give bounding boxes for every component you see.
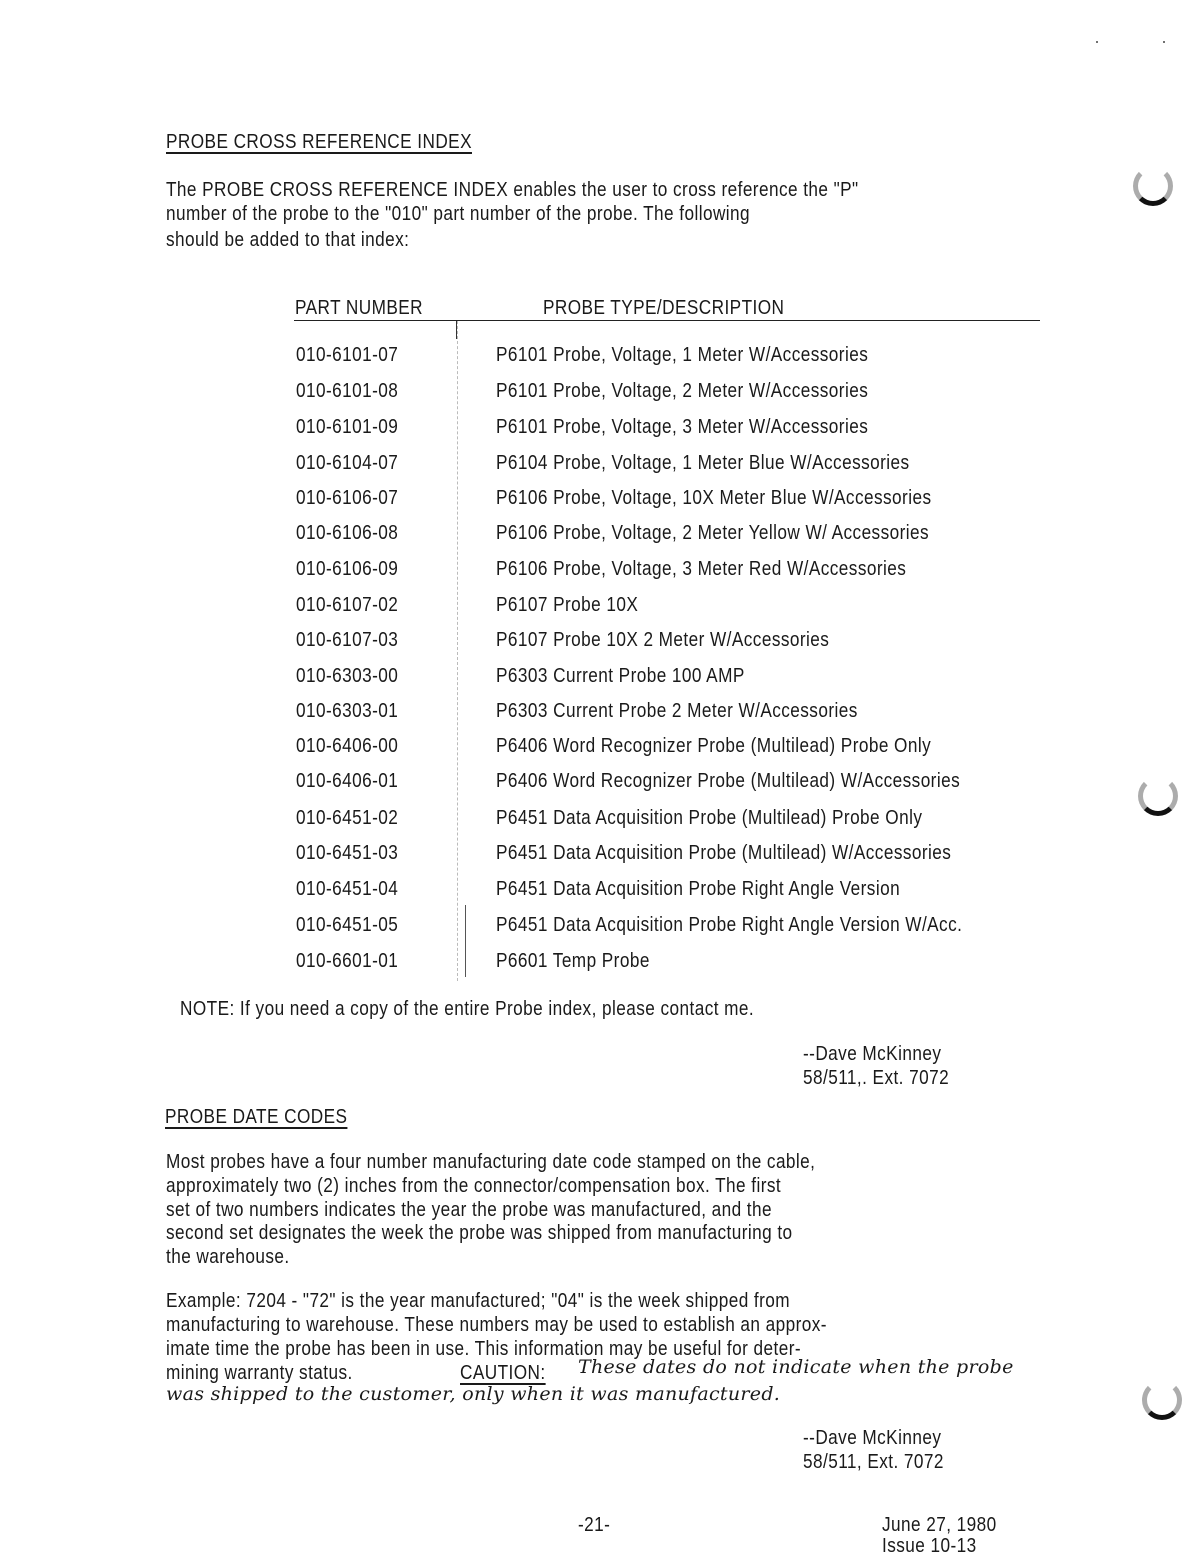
paragraph-line: should be added to that index: xyxy=(166,229,409,252)
signature-location: 58/511,. Ext. 7072 xyxy=(803,1067,949,1090)
section-title-probe-date-codes: PROBE DATE CODES xyxy=(165,1106,347,1129)
table-row: 010-6101-07 P6101 Probe, Voltage, 1 Mete… xyxy=(0,344,1202,380)
section-title-probe-cross-reference: PROBE CROSS REFERENCE INDEX xyxy=(166,131,472,154)
document-page: PROBE CROSS REFERENCE INDEX The PROBE CR… xyxy=(0,0,1202,1566)
table-row: 010-6601-01 P6601 Temp Probe xyxy=(0,950,1202,986)
caution-text: These dates do not indicate when the pro… xyxy=(578,1356,1014,1378)
description-cell: P6104 Probe, Voltage, 1 Meter Blue W/Acc… xyxy=(496,452,910,475)
description-cell: P6101 Probe, Voltage, 1 Meter W/Accessor… xyxy=(496,344,868,367)
part-number-cell: 010-6101-07 xyxy=(296,344,398,367)
table-row: 010-6104-07 P6104 Probe, Voltage, 1 Mete… xyxy=(0,452,1202,488)
table-row: 010-6451-05 P6451 Data Acquisition Probe… xyxy=(0,914,1202,950)
paragraph-line: Most probes have a four number manufactu… xyxy=(166,1151,815,1174)
part-number-cell: 010-6451-02 xyxy=(296,807,398,830)
paragraph-line: number of the probe to the "010" part nu… xyxy=(166,203,750,226)
description-cell: P6303 Current Probe 100 AMP xyxy=(496,665,745,688)
description-cell: P6107 Probe 10X 2 Meter W/Accessories xyxy=(496,629,829,652)
paragraph-line: manufacturing to warehouse. These number… xyxy=(166,1314,827,1337)
part-number-cell: 010-6406-00 xyxy=(296,735,398,758)
part-number-cell: 010-6101-09 xyxy=(296,416,398,439)
part-number-cell: 010-6451-04 xyxy=(296,878,398,901)
paragraph-line: set of two numbers indicates the year th… xyxy=(166,1199,772,1222)
part-number-cell: 010-6106-09 xyxy=(296,558,398,581)
part-number-cell: 010-6303-01 xyxy=(296,700,398,723)
description-cell: P6303 Current Probe 2 Meter W/Accessorie… xyxy=(496,700,858,723)
paragraph-line: The PROBE CROSS REFERENCE INDEX enables … xyxy=(166,179,859,202)
description-cell: P6106 Probe, Voltage, 3 Meter Red W/Acce… xyxy=(496,558,906,581)
part-number-cell: 010-6101-08 xyxy=(296,380,398,403)
table-row: 010-6451-04 P6451 Data Acquisition Probe… xyxy=(0,878,1202,914)
part-number-cell: 010-6107-02 xyxy=(296,594,398,617)
issue-date: June 27, 1980 xyxy=(882,1514,997,1537)
table-row: 010-6106-09 P6106 Probe, Voltage, 3 Mete… xyxy=(0,558,1202,594)
table-row: 010-6101-08 P6101 Probe, Voltage, 2 Mete… xyxy=(0,380,1202,416)
part-number-cell: 010-6451-03 xyxy=(296,842,398,865)
column-header-description: PROBE TYPE/DESCRIPTION xyxy=(543,297,784,320)
description-cell: P6406 Word Recognizer Probe (Multilead) … xyxy=(496,770,960,793)
scan-speck xyxy=(1163,41,1165,43)
header-divider xyxy=(294,320,1040,321)
note-text: NOTE: If you need a copy of the entire P… xyxy=(180,998,754,1021)
page-number: -21- xyxy=(578,1514,610,1537)
part-number-cell: 010-6104-07 xyxy=(296,452,398,475)
part-number-cell: 010-6406-01 xyxy=(296,770,398,793)
description-cell: P6101 Probe, Voltage, 2 Meter W/Accessor… xyxy=(496,380,868,403)
caution-label: CAUTION: xyxy=(460,1362,546,1385)
table-row: 010-6451-03 P6451 Data Acquisition Probe… xyxy=(0,842,1202,878)
column-header-part-number: PART NUMBER xyxy=(295,297,423,320)
part-number-cell: 010-6106-07 xyxy=(296,487,398,510)
table-row: 010-6101-09 P6101 Probe, Voltage, 3 Mete… xyxy=(0,416,1202,452)
binder-hole-icon xyxy=(1142,1380,1182,1420)
description-cell: P6106 Probe, Voltage, 2 Meter Yellow W/ … xyxy=(496,522,929,545)
paragraph-line: approximately two (2) inches from the co… xyxy=(166,1175,781,1198)
table-row: 010-6107-02 P6107 Probe 10X xyxy=(0,594,1202,630)
signature-location: 58/511, Ext. 7072 xyxy=(803,1451,944,1474)
binder-hole-icon xyxy=(1133,166,1173,206)
description-cell: P6451 Data Acquisition Probe Right Angle… xyxy=(496,878,900,901)
description-cell: P6101 Probe, Voltage, 3 Meter W/Accessor… xyxy=(496,416,868,439)
description-cell: P6451 Data Acquisition Probe (Multilead)… xyxy=(496,807,922,830)
part-number-cell: 010-6451-05 xyxy=(296,914,398,937)
paragraph-line: mining warranty status. xyxy=(166,1362,353,1385)
scan-speck xyxy=(1096,41,1098,43)
table-row: 010-6106-07 P6106 Probe, Voltage, 10X Me… xyxy=(0,487,1202,523)
table-row: 010-6107-03 P6107 Probe 10X 2 Meter W/Ac… xyxy=(0,629,1202,665)
paragraph-line: the warehouse. xyxy=(166,1246,290,1269)
part-number-cell: 010-6303-00 xyxy=(296,665,398,688)
table-row: 010-6406-01 P6406 Word Recognizer Probe … xyxy=(0,770,1202,806)
table-row: 010-6406-00 P6406 Word Recognizer Probe … xyxy=(0,735,1202,771)
issue-number: Issue 10-13 xyxy=(882,1535,977,1558)
part-number-cell: 010-6106-08 xyxy=(296,522,398,545)
caution-text: was shipped to the customer, only when i… xyxy=(166,1383,780,1405)
paragraph-line: second set designates the week the probe… xyxy=(166,1222,793,1245)
column-divider-tick xyxy=(456,321,457,339)
part-number-cell: 010-6107-03 xyxy=(296,629,398,652)
description-cell: P6406 Word Recognizer Probe (Multilead) … xyxy=(496,735,931,758)
description-cell: P6107 Probe 10X xyxy=(496,594,638,617)
description-cell: P6106 Probe, Voltage, 10X Meter Blue W/A… xyxy=(496,487,931,510)
signature-name: --Dave McKinney xyxy=(803,1427,941,1450)
paragraph-line: Example: 7204 - "72" is the year manufac… xyxy=(166,1290,790,1313)
description-cell: P6601 Temp Probe xyxy=(496,950,650,973)
signature-name: --Dave McKinney xyxy=(803,1043,941,1066)
part-number-cell: 010-6601-01 xyxy=(296,950,398,973)
table-row: 010-6303-01 P6303 Current Probe 2 Meter … xyxy=(0,700,1202,736)
description-cell: P6451 Data Acquisition Probe Right Angle… xyxy=(496,914,962,937)
description-cell: P6451 Data Acquisition Probe (Multilead)… xyxy=(496,842,951,865)
table-row: 010-6451-02 P6451 Data Acquisition Probe… xyxy=(0,807,1202,843)
table-row: 010-6303-00 P6303 Current Probe 100 AMP xyxy=(0,665,1202,701)
table-row: 010-6106-08 P6106 Probe, Voltage, 2 Mete… xyxy=(0,522,1202,558)
